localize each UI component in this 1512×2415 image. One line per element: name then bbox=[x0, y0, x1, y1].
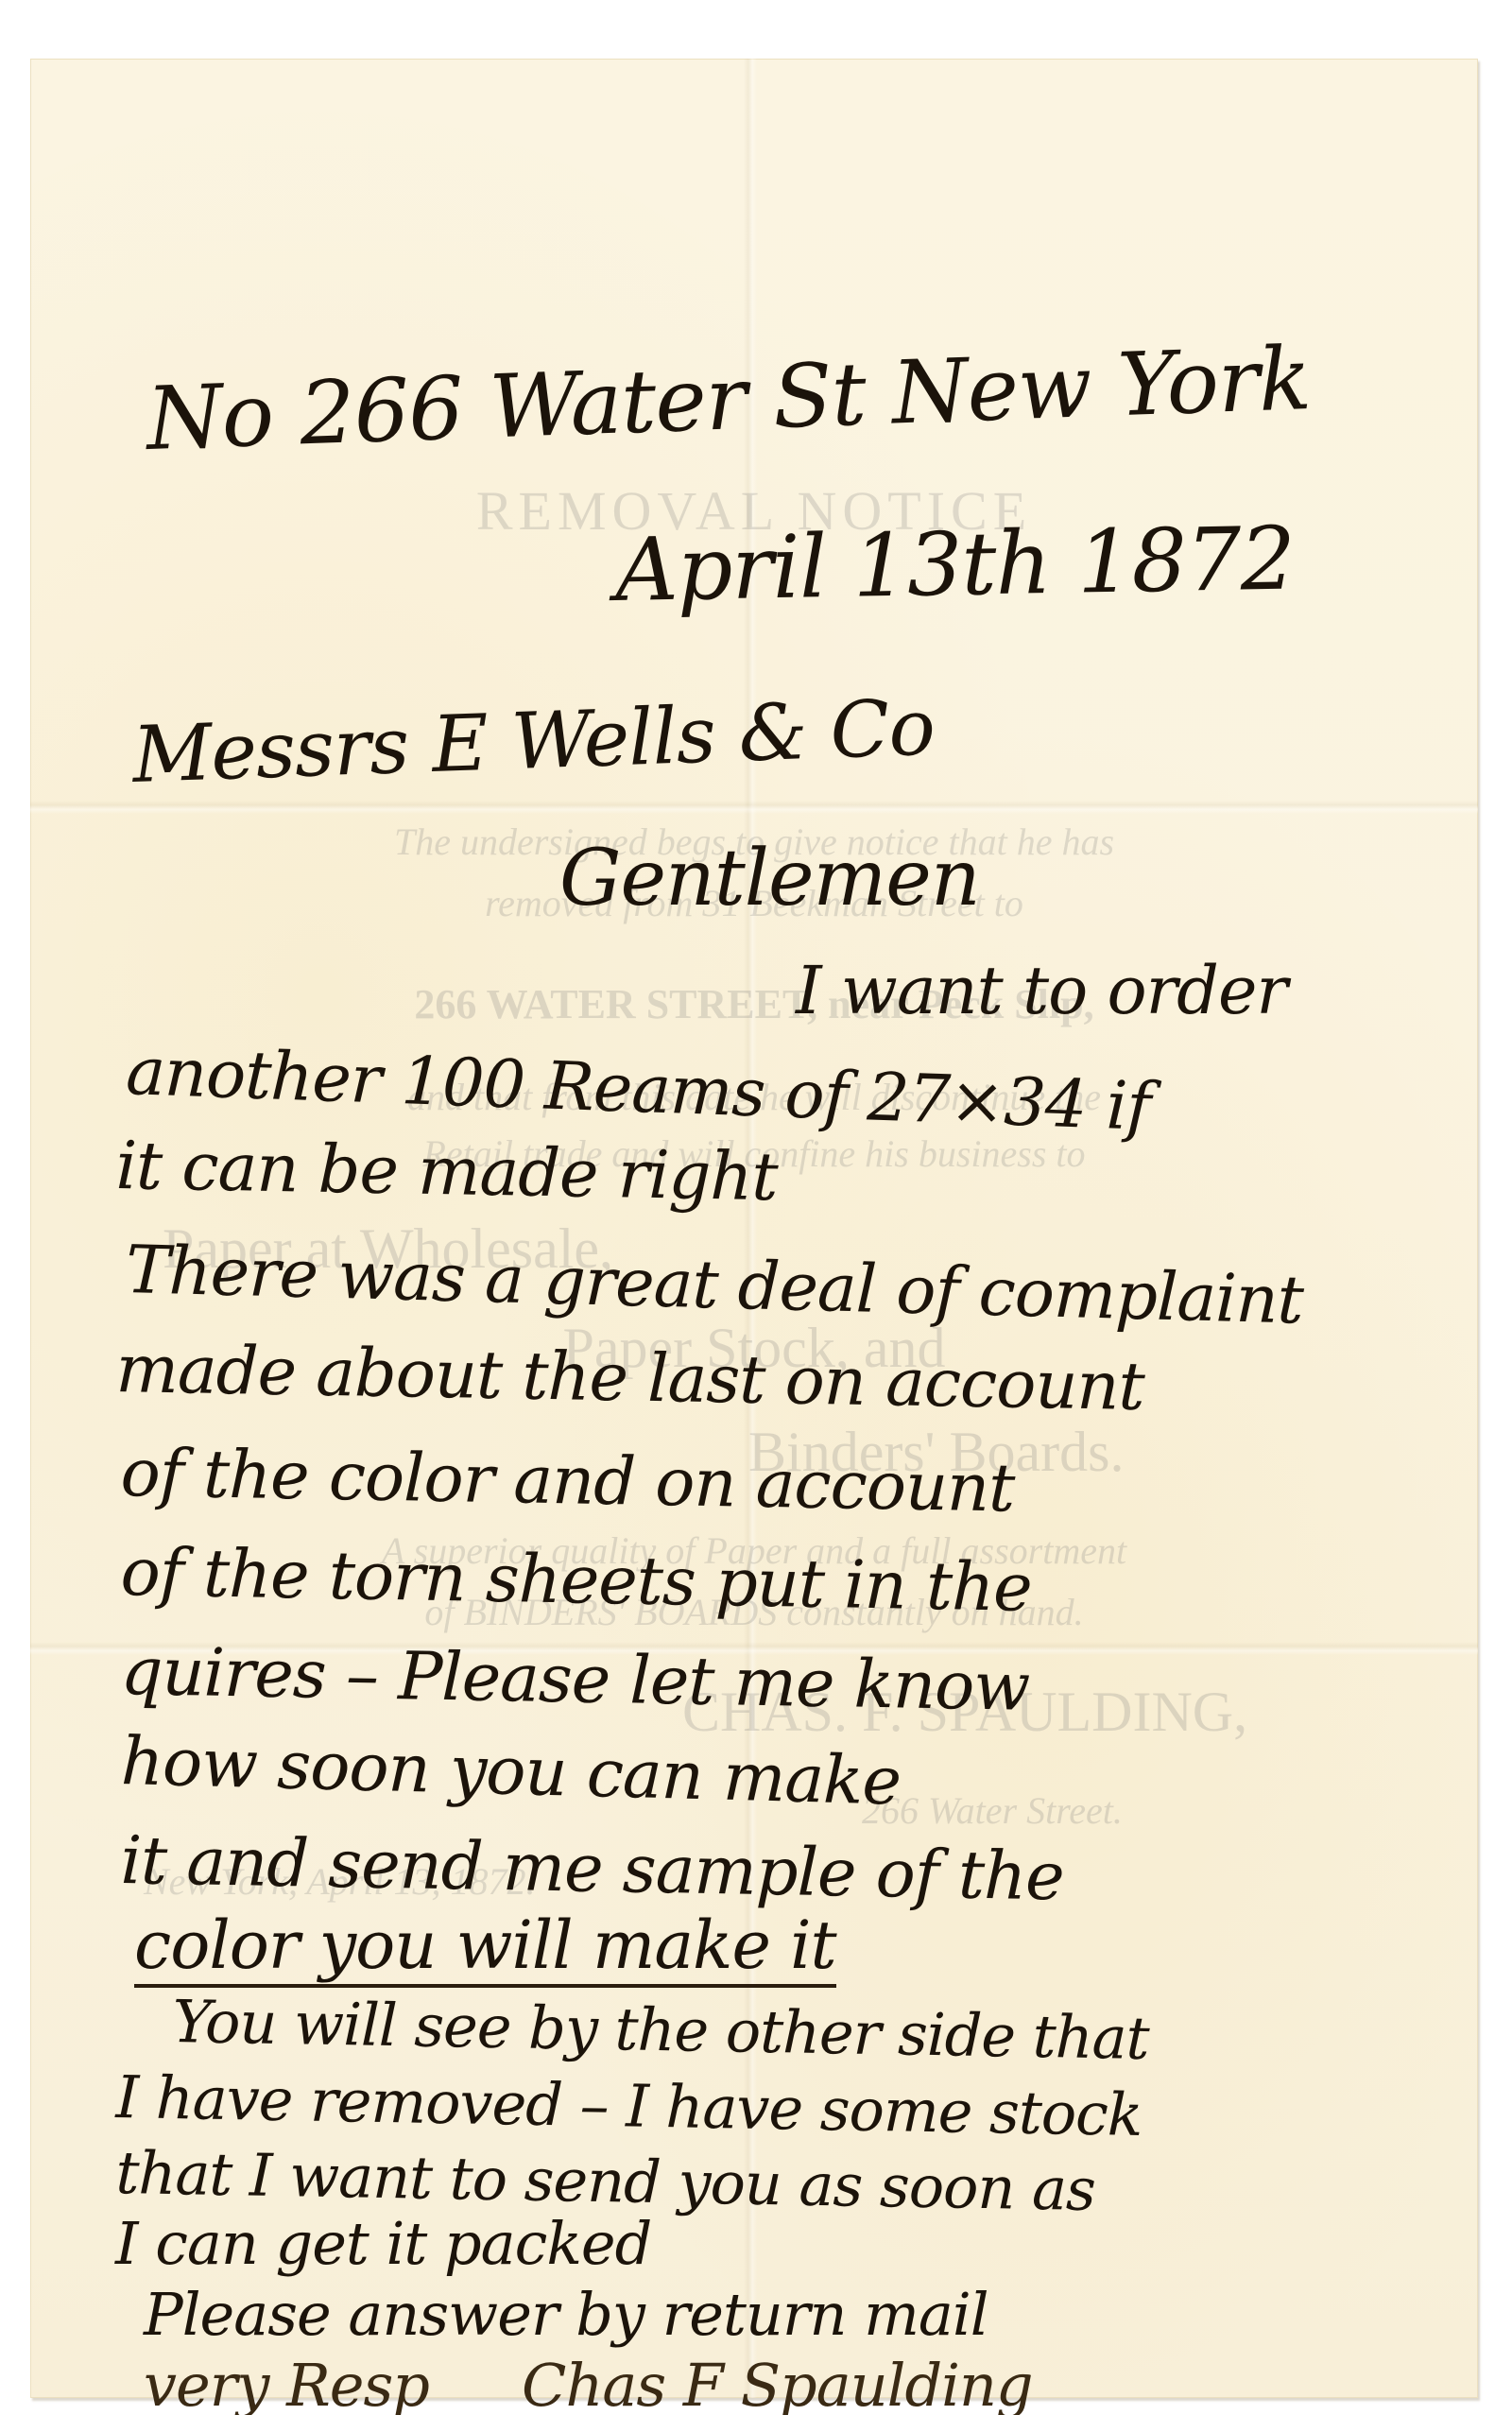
letter-address: No 266 Water St New York bbox=[145, 328, 1312, 470]
signature: Chas F Spaulding bbox=[522, 2351, 1033, 2415]
body-line: You will see by the other side that bbox=[172, 1987, 1149, 2073]
recipient: Messrs E Wells & Co bbox=[131, 682, 936, 801]
horizontal-fold-crease bbox=[30, 801, 1478, 814]
body-line: of the torn sheets put in the bbox=[120, 1533, 1032, 1627]
body-line: color you will make it bbox=[134, 1906, 836, 1984]
underlined-word-color: color you will make it bbox=[134, 1906, 836, 1988]
letter-date: April 13th 1872 bbox=[614, 508, 1296, 621]
valediction: very Resp bbox=[144, 2351, 429, 2415]
body-line: I can get it packed bbox=[115, 2209, 651, 2278]
body-line: quires – Please let me know bbox=[120, 1632, 1030, 1726]
letter-page: REMOVAL NOTICE The undersigned begs to g… bbox=[30, 59, 1478, 2398]
body-line: Please answer by return mail bbox=[144, 2280, 988, 2349]
body-line: of the color and on account bbox=[120, 1434, 1015, 1527]
body-line: another 100 Reams of 27×34 if bbox=[125, 1032, 1151, 1146]
greeting: Gentlemen bbox=[559, 834, 980, 923]
body-line: made about the last on account bbox=[115, 1330, 1144, 1425]
body-line: it and send me sample of the bbox=[120, 1821, 1064, 1915]
body-line: it can be made right bbox=[115, 1127, 778, 1216]
body-line: I want to order bbox=[796, 952, 1287, 1029]
body-line: I have removed – I have some stock bbox=[115, 2062, 1143, 2149]
